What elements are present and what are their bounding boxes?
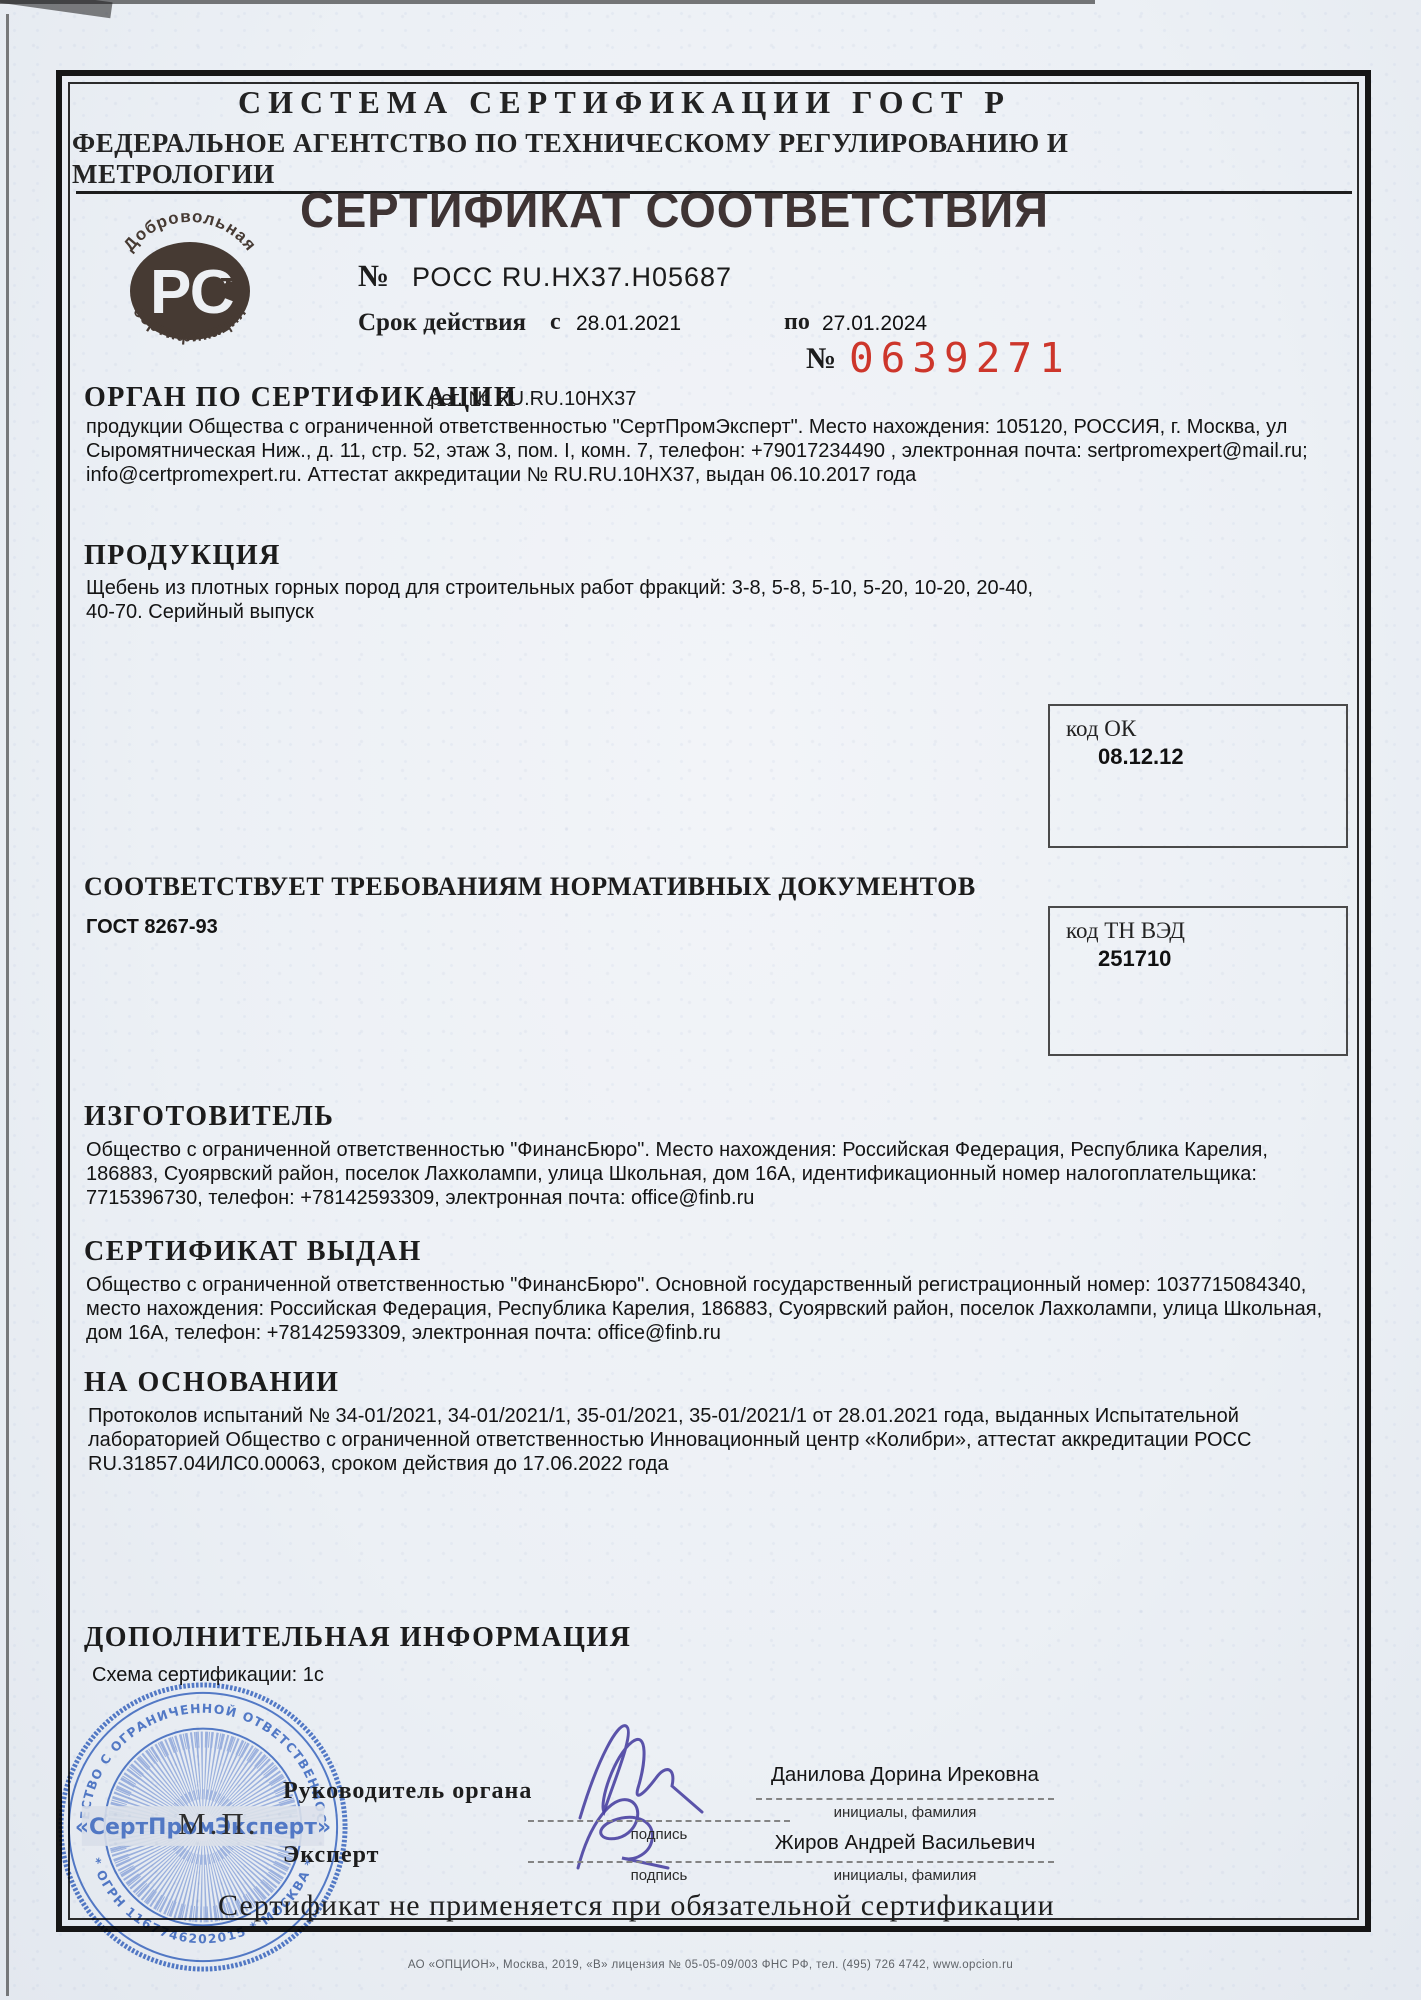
head-of-organ-label: Руководитель органа (283, 1778, 532, 1805)
rst-certification-logo-icon: Добровольная РС т сертификация (98, 196, 282, 378)
blank-number-value: 0639271 (849, 334, 1071, 382)
header-system-title: СИСТЕМА СЕРТИФИКАЦИИ ГОСТ Р (238, 84, 1011, 121)
validity-from-date: 28.01.2021 (576, 312, 681, 336)
validity-to-label: по (784, 309, 810, 336)
expert-signature-caption: подпись (528, 1867, 790, 1884)
logo-letter-t: т (220, 266, 237, 304)
scan-edge-left (6, 14, 9, 1996)
bottom-restriction-note: Сертификат не применяется при обязательн… (218, 1889, 1055, 1923)
blank-number-sign: № (806, 342, 836, 376)
code-ok-value: 08.12.12 (1098, 744, 1346, 770)
production-body-text: Щебень из плотных горных пород для строи… (86, 576, 1046, 624)
section-manufacturer-heading: ИЗГОТОВИТЕЛЬ (84, 1101, 334, 1133)
section-conforms-heading: СООТВЕТСТВУЕТ ТРЕБОВАНИЯМ НОРМАТИВНЫХ ДО… (84, 872, 976, 902)
issued-body-text: Общество с ограниченной ответственностью… (86, 1273, 1348, 1345)
scan-edge-top (0, 0, 1095, 4)
expert-name: Жиров Андрей Васильевич (756, 1831, 1054, 1855)
code-tnved-label: код ТН ВЭД (1066, 918, 1346, 944)
code-ok-label: код ОК (1066, 716, 1346, 742)
head-name: Данилова Дорина Ирековна (756, 1763, 1054, 1787)
print-house-footer: АО «ОПЦИОН», Москва, 2019, «В» лицензия … (0, 1959, 1421, 1971)
section-additional-heading: ДОПОЛНИТЕЛЬНАЯ ИНФОРМАЦИЯ (84, 1622, 631, 1654)
expert-signature-line (528, 1861, 790, 1863)
validity-to-date: 27.01.2024 (822, 312, 927, 336)
section-issued-heading: СЕРТИФИКАТ ВЫДАН (84, 1236, 422, 1268)
expert-label: Эксперт (283, 1842, 379, 1869)
certificate-scan-page: { "header": { "system": "СИСТЕМА СЕРТИФИ… (0, 0, 1421, 2000)
section-basis-heading: НА ОСНОВАНИИ (84, 1367, 339, 1399)
head-name-line (756, 1798, 1054, 1800)
conforms-standard: ГОСТ 8267-93 (86, 915, 218, 939)
expert-name-caption: инициалы, фамилия (756, 1867, 1054, 1884)
cert-number-value: РОСС RU.HX37.H05687 (412, 262, 732, 293)
head-signature-line (528, 1820, 790, 1822)
validity-label: Срок действия (358, 309, 526, 337)
section-production-heading: ПРОДУКЦИЯ (84, 540, 281, 572)
code-tnved-value: 251710 (1098, 946, 1346, 972)
head-signature-caption: подпись (528, 1826, 790, 1843)
organ-body-text: продукции Общества с ограниченной ответс… (86, 415, 1348, 487)
certificate-title: СЕРТИФИКАТ СООТВЕТСТВИЯ (300, 181, 1049, 238)
organ-reg-number: рег. № RU.RU.10HX37 (430, 388, 636, 411)
manufacturer-body-text: Общество с ограниченной ответственностью… (86, 1138, 1344, 1210)
mp-place-of-seal-mark: М.П. (178, 1806, 259, 1842)
code-ok-box: код ОК 08.12.12 (1048, 704, 1348, 848)
cert-number-sign: № (358, 258, 389, 294)
basis-body-text: Протоколов испытаний № 34-01/2021, 34-01… (88, 1404, 1336, 1476)
validity-from-label: с (550, 309, 561, 336)
expert-name-line (756, 1861, 1054, 1863)
code-tnved-box: код ТН ВЭД 251710 (1048, 906, 1348, 1056)
head-name-caption: инициалы, фамилия (756, 1804, 1054, 1821)
